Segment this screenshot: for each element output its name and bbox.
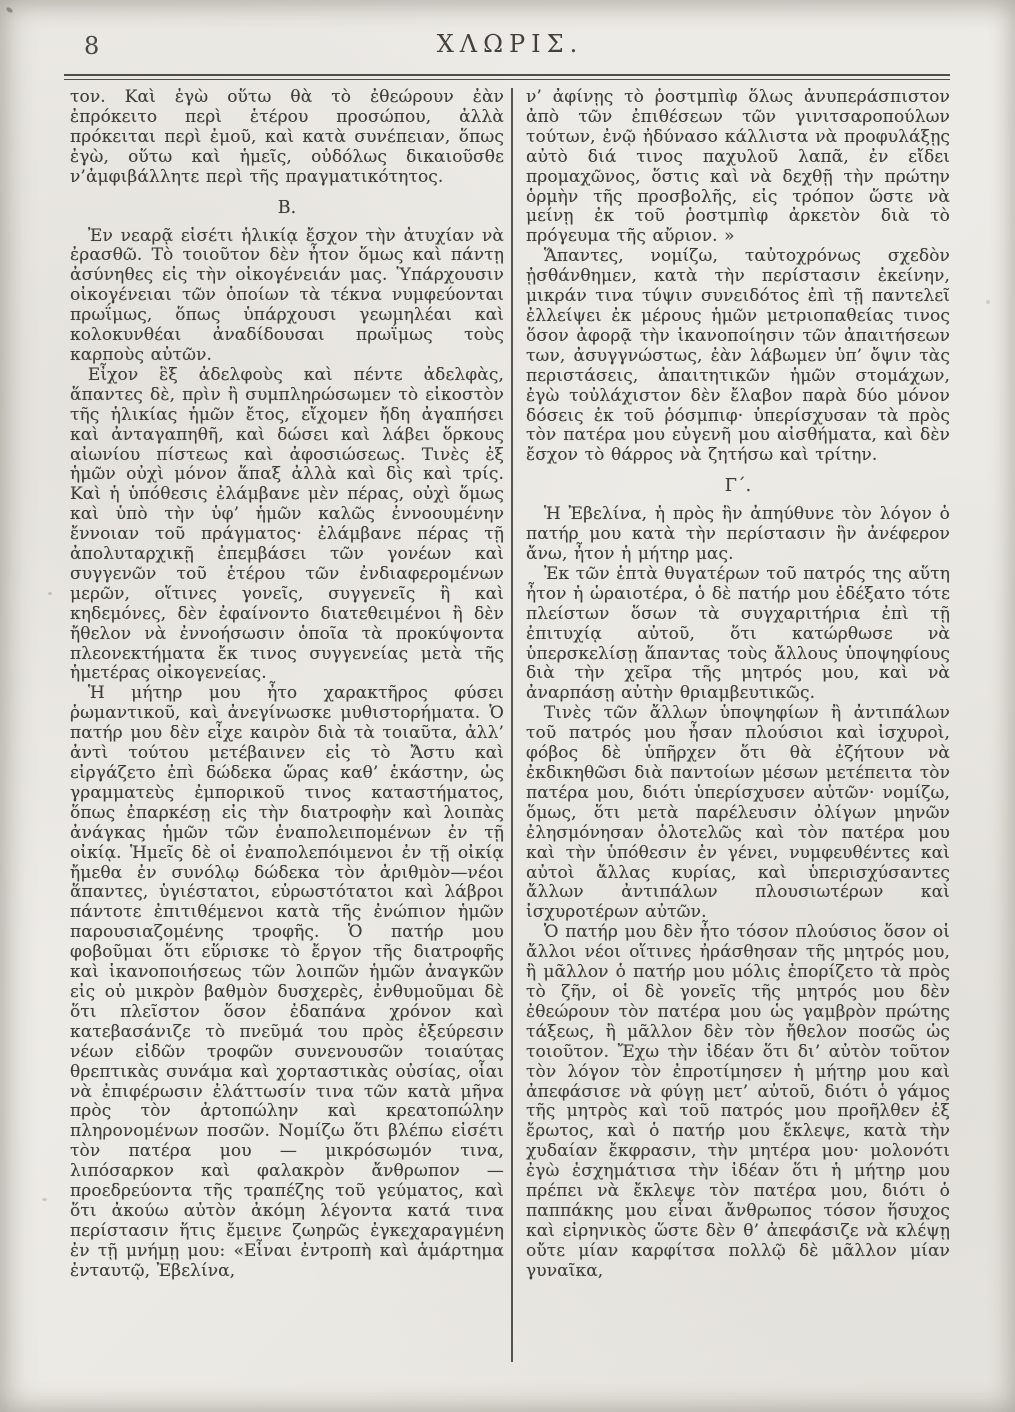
section-heading-gamma: Γ΄. [526,476,950,496]
paragraph-continuation: τον. Καὶ ἐγὼ οὕτω θὰ τὸ ἐθεώρουν ἐὰν ἐπρ… [70,88,504,188]
page-header: 8 ΧΛΩΡΙΣ. [70,28,950,68]
column-divider-rule [511,88,513,1362]
paragraph: Ἅπαντες, νομίζω, ταὐτοχρόνως σχεδὸν ᾐσθά… [526,247,950,466]
left-column: τον. Καὶ ἐγὼ οὕτω θὰ τὸ ἐθεώρουν ἐὰν ἐπρ… [70,88,504,1362]
section-heading-beta: Β. [70,198,504,218]
text-columns: τον. Καὶ ἐγὼ οὕτω θὰ τὸ ἐθεώρουν ἐὰν ἐπρ… [70,88,950,1362]
scan-speck [48,592,52,595]
paragraph: Τινὲς τῶν ἄλλων ὑποψηφίων ἢ ἀντιπάλων το… [526,704,950,923]
paragraph: Ἐν νεαρᾷ εἰσέτι ἡλικίᾳ ἔσχον τὴν ἀτυχίαν… [70,227,504,366]
scan-speck [5,6,13,13]
paragraph: Εἶχον ἓξ ἀδελφοὺς καὶ πέντε ἀδελφὰς, ἅπα… [70,366,504,685]
paragraph: Ἐκ τῶν ἑπτὰ θυγατέρων τοῦ πατρός της αὕτ… [526,565,950,704]
paragraph: Ὁ πατήρ μου δὲν ἦτο τόσον πλούσιος ὅσον … [526,923,950,1281]
scan-speck [986,300,990,304]
right-column: ν’ ἀφίνῃς τὸ ῥοστμπὶφ ὅλως ἀνυπεράσπιστο… [526,88,950,1362]
paragraph-continuation: ν’ ἀφίνῃς τὸ ῥοστμπὶφ ὅλως ἀνυπεράσπιστο… [526,88,950,247]
scanned-book-page: 8 ΧΛΩΡΙΣ. τον. Καὶ ἐγὼ οὕτω θὰ τὸ ἐθεώρο… [0,0,1015,1412]
scan-speck [42,1198,47,1201]
paragraph: Ἡ μήτηρ μου ἦτο χαρακτῆρος φύσει ῥωμαντι… [70,684,504,1281]
header-rule [64,74,950,80]
paragraph: Ἡ Ἐβελίνα, ἡ πρὸς ἣν ἀπηύθυνε τὸν λόγον … [526,505,950,565]
running-title: ΧΛΩΡΙΣ. [70,30,950,58]
